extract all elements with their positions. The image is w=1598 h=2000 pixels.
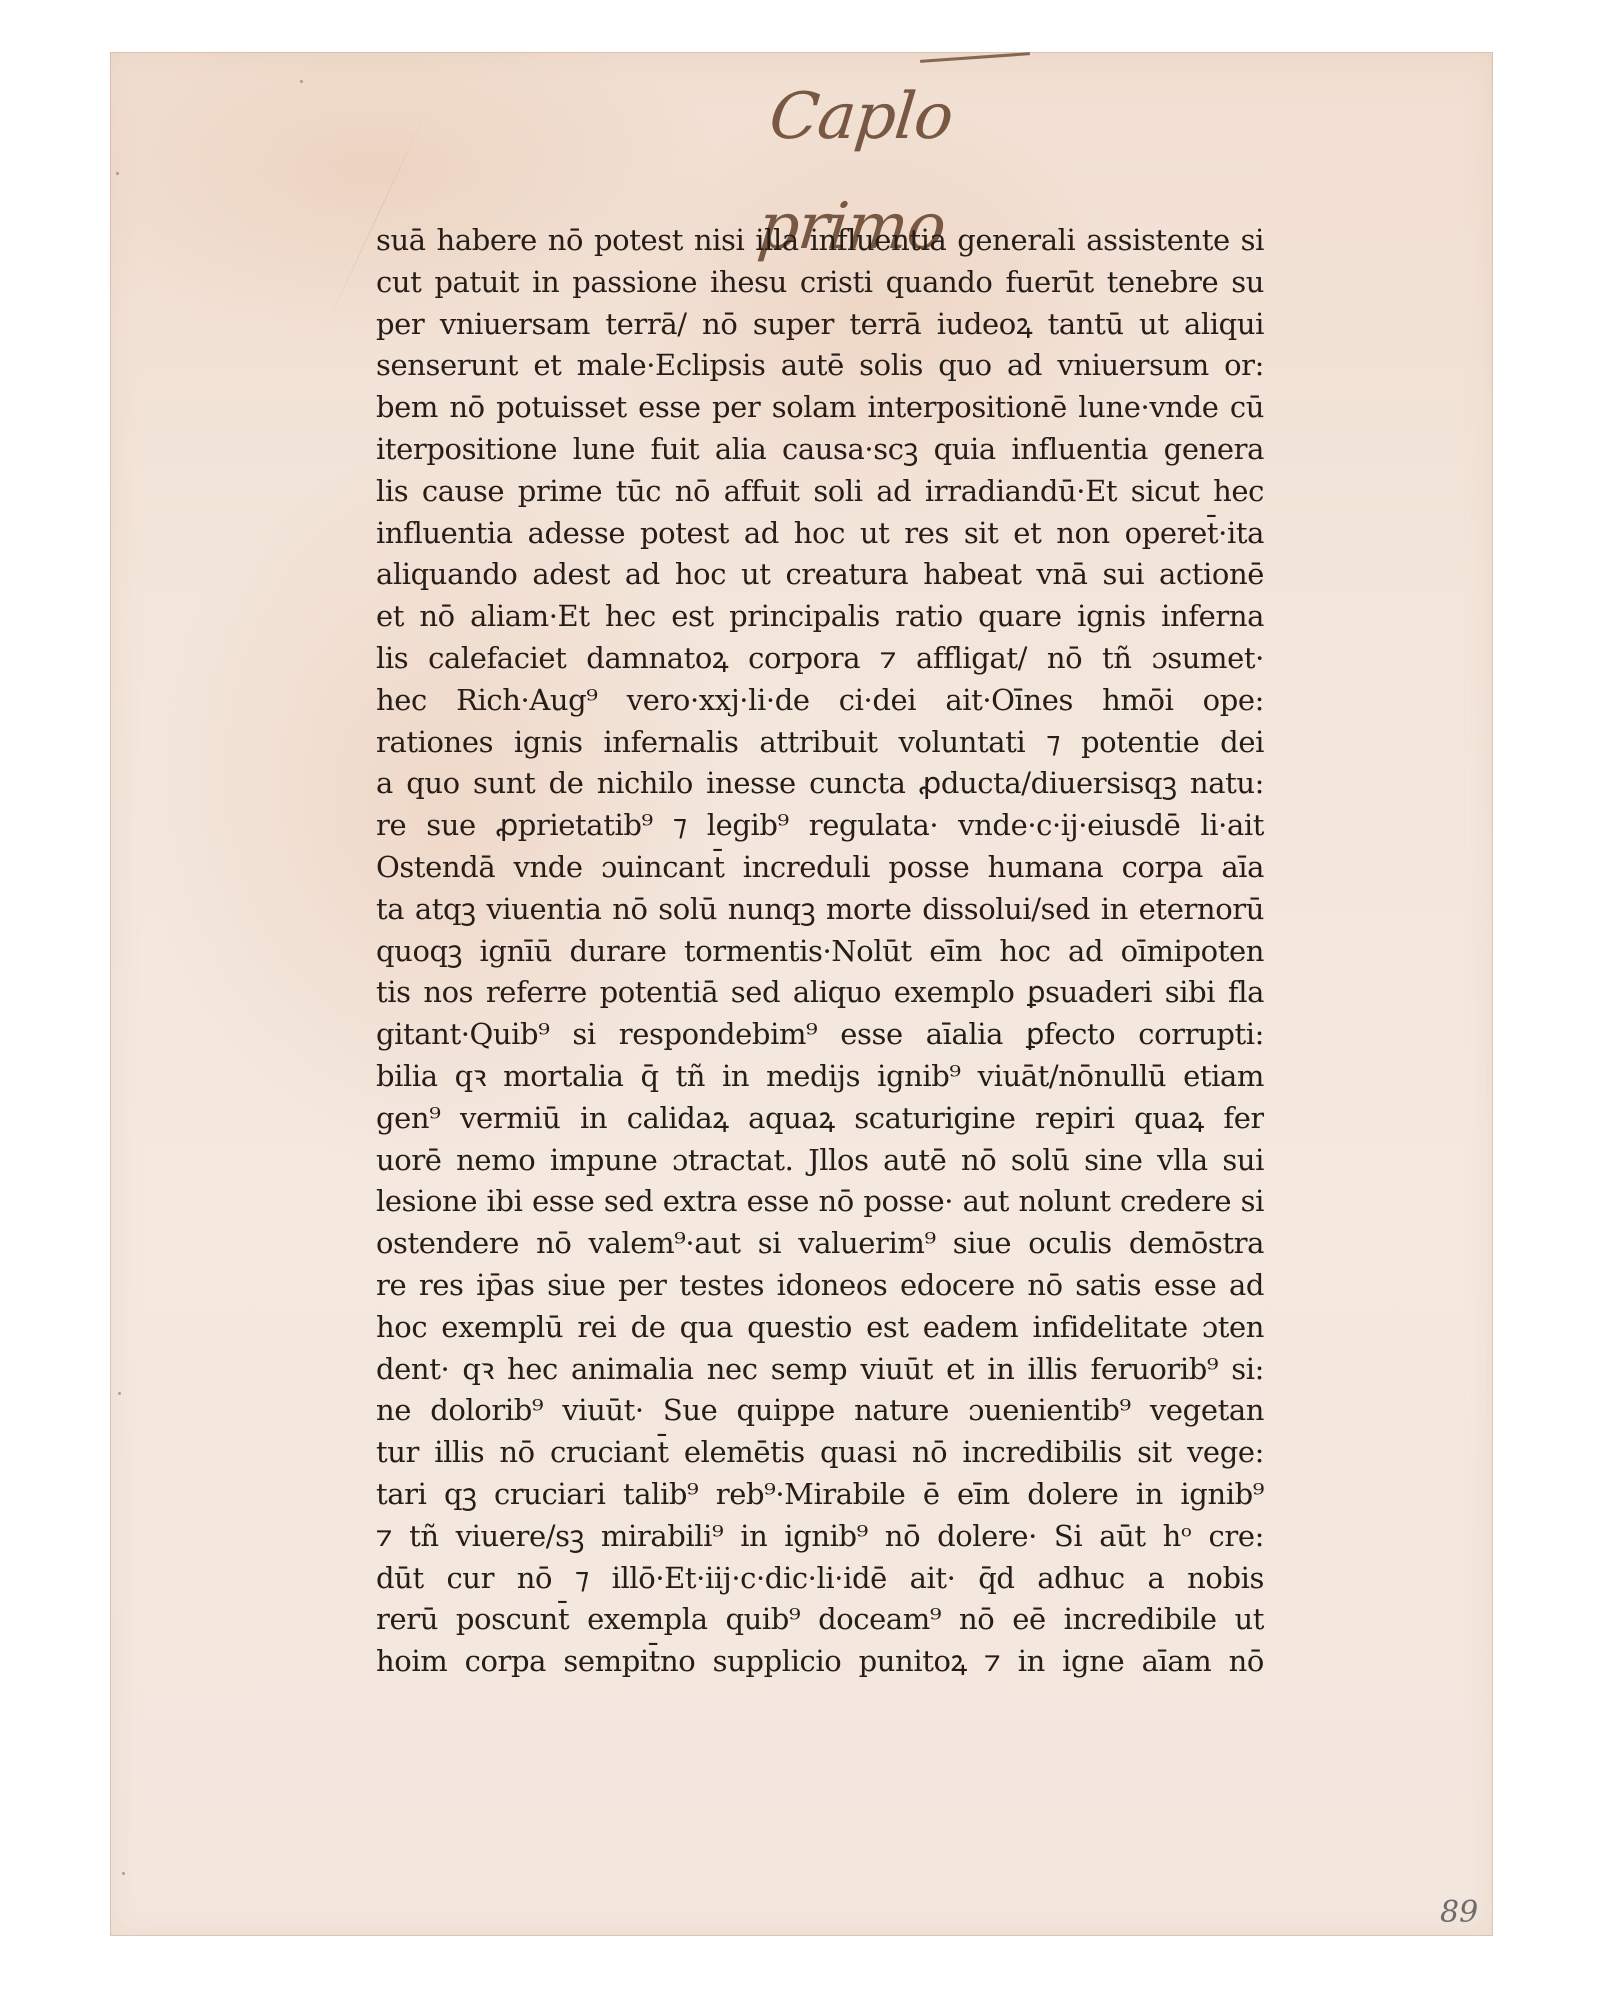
text-line: lesione ibi esse sed extra esse nō posse… xyxy=(376,1181,1264,1223)
text-line: bilia qꝛ mortalia q̄ tñ in medijs ignib⁹… xyxy=(376,1056,1264,1098)
text-line: per vniuersam terrā/ nō super terrā iude… xyxy=(376,304,1264,346)
folio-number: 89 xyxy=(1440,1895,1478,1930)
paper-speck xyxy=(116,172,119,175)
text-line: tari qꝫ cruciari talib⁹ reb⁹·Mirabile ē … xyxy=(376,1474,1264,1516)
text-line: re res ip̄as siue per testes idoneos edo… xyxy=(376,1265,1264,1307)
text-line: senserunt et male·Eclipsis autē solis qu… xyxy=(376,345,1264,387)
text-line: iterpositione lune fuit alia causa·scꝫ q… xyxy=(376,429,1264,471)
text-line: Ostendā vnde ɔuincant̄ increduli posse h… xyxy=(376,847,1264,889)
text-line: gitant·Quib⁹ si respondebim⁹ esse aīalia… xyxy=(376,1014,1264,1056)
text-line: dūt cur nō ⁊ illō·Et·iij·c·dic·li·idē ai… xyxy=(376,1558,1264,1600)
text-line: et nō aliam·Et hec est principalis ratio… xyxy=(376,596,1264,638)
text-line: hoc exemplū rei de qua questio est eadem… xyxy=(376,1307,1264,1349)
text-line: tis nos referre potentiā sed aliquo exem… xyxy=(376,972,1264,1014)
text-line: rerū poscunt̄ exempla quib⁹ doceam⁹ nō e… xyxy=(376,1599,1264,1641)
text-line: influentia adesse potest ad hoc ut res s… xyxy=(376,513,1264,555)
text-line: gen⁹ vermiū in calidaꝝ aquaꝝ scaturigine… xyxy=(376,1098,1264,1140)
text-line: ostendere nō valem⁹·aut si valuerim⁹ siu… xyxy=(376,1223,1264,1265)
printed-text-block: suā habere nō potest nisi illa influenti… xyxy=(376,220,1264,1683)
text-line: rationes ignis infernalis attribuit volu… xyxy=(376,722,1264,764)
text-line: lis calefaciet damnatoꝝ corpora ⁊ afflig… xyxy=(376,638,1264,680)
paper-speck xyxy=(118,1392,121,1395)
text-line: ne dolorib⁹ viuūt· Sue quippe nature ɔue… xyxy=(376,1390,1264,1432)
text-line: aliquando adest ad hoc ut creatura habea… xyxy=(376,554,1264,596)
text-line: hoim corpa sempit̄no supplicio punitoꝝ ⁊… xyxy=(376,1641,1264,1683)
text-line: quoqꝫ ignīū durare tormentis·Nolūt eīm h… xyxy=(376,931,1264,973)
text-line: bem nō potuisset esse per solam interpos… xyxy=(376,387,1264,429)
text-line: uorē nemo impune ɔtractat. Jllos autē nō… xyxy=(376,1140,1264,1182)
text-line: cut patuit in passione ihesu cristi quan… xyxy=(376,262,1264,304)
text-line: ta atqꝫ viuentia nō solū nunqꝫ morte dis… xyxy=(376,889,1264,931)
text-line: hec Rich·Aug⁹ vero·xxj·li·de ci·dei ait·… xyxy=(376,680,1264,722)
text-line: lis cause prime tūc nō affuit soli ad ir… xyxy=(376,471,1264,513)
paper-speck xyxy=(300,80,303,83)
text-line: tur illis nō cruciant̄ elemētis quasi nō… xyxy=(376,1432,1264,1474)
text-line: dent· qꝛ hec animalia nec semp viuūt et … xyxy=(376,1349,1264,1391)
text-line: re sue ꝓprietatib⁹ ⁊ legib⁹ regulata· vn… xyxy=(376,805,1264,847)
handwritten-chapter-heading: Caplo primo xyxy=(764,62,1066,172)
text-line: a quo sunt de nichilo inesse cuncta ꝓduc… xyxy=(376,763,1264,805)
paper-speck xyxy=(122,1872,125,1875)
text-line: suā habere nō potest nisi illa influenti… xyxy=(376,220,1264,262)
text-line: ⁊ tñ viuere/sꝫ mirabili⁹ in ignib⁹ nō do… xyxy=(376,1516,1264,1558)
